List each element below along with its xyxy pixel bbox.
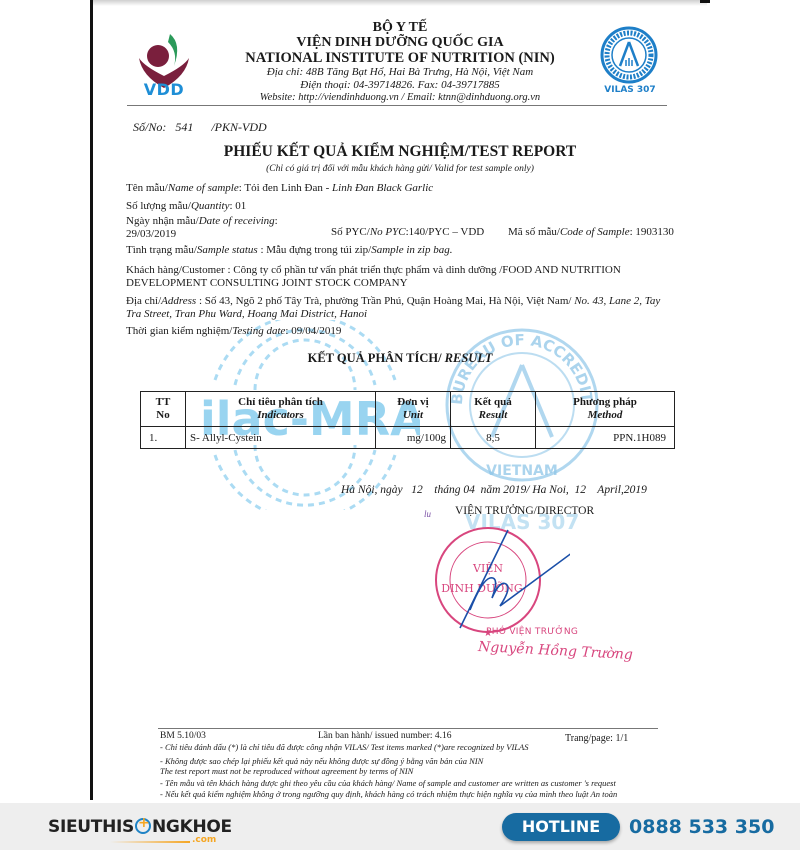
number-label: Số/No: <box>133 120 166 134</box>
vilas-logo-text: VILAS 307 <box>597 85 663 95</box>
footer-note-3: The test report must not be reproduced w… <box>160 766 413 776</box>
footer-note-1: - Chỉ tiêu đánh dấu (*) là chỉ tiêu đã đ… <box>160 742 528 752</box>
institute-phone: Điện thoại: 04-39714826. Fax: 04-3971788… <box>200 79 600 91</box>
vilas-logo <box>600 26 658 84</box>
footer-note-4: - Tên mẫu và tên khách hàng được ghi the… <box>160 778 616 788</box>
receiving-date-value: 29/03/2019 <box>126 228 176 240</box>
institute-name-en: NATIONAL INSTITUTE OF NUTRITION (NIN) <box>200 50 600 67</box>
institute-address: Địa chỉ: 48B Tăng Bạt Hổ, Hai Bà Trưng, … <box>200 66 600 78</box>
vdd-logo-text: VDD <box>133 80 195 99</box>
address-field-cont: Tra Street, Tran Phu Ward, Hoang Mai Dis… <box>126 308 367 320</box>
customer-field: Khách hàng/Customer : Công ty cổ phần tư… <box>126 264 621 276</box>
footer-divider <box>158 728 658 729</box>
col-indicators: Chỉ tiêu phân tíchIndicators <box>186 392 376 427</box>
issue-number: Lần ban hành/ issued number: 4.16 <box>318 731 452 741</box>
institute-name-vi: VIỆN DINH DƯỠNG QUỐC GIA <box>200 35 600 51</box>
cell-method: PPN.1H089 <box>536 427 675 449</box>
sample-code-field: Mã số mẫu/Code of Sample: 1903130 <box>508 226 674 238</box>
col-unit: Đơn vịUnit <box>376 392 451 427</box>
brand-underline <box>110 841 190 843</box>
cell-result: 8,5 <box>451 427 536 449</box>
footer-note-5: - Nếu kết quả kiểm nghiệm không ở trong … <box>160 789 617 799</box>
quantity-field: Số lượng mẫu/Quantity: 01 <box>126 200 246 212</box>
page-number: Trang/page: 1/1 <box>565 733 628 744</box>
report-title: PHIẾU KẾT QUẢ KIỂM NGHIỆM/TEST REPORT <box>120 143 680 161</box>
scan-edge-top <box>92 0 707 6</box>
signature-initial: lu <box>424 509 431 519</box>
header-divider <box>127 105 667 106</box>
cell-indicator: S- Allyl-Cystein <box>186 427 376 449</box>
col-method: Phương phápMethod <box>536 392 675 427</box>
svg-text:VIETNAM: VIETNAM <box>486 463 558 479</box>
pyc-field: Số PYC/No PYC:140/PYC – VDD <box>331 226 484 238</box>
col-result: Kết quảResult <box>451 392 536 427</box>
col-no: TTNo <box>141 392 186 427</box>
table-row: 1. S- Allyl-Cystein mg/100g 8,5 PPN.1H08… <box>141 427 675 449</box>
footer-note-2: - Không được sao chép lại phiếu kết quả … <box>160 756 483 766</box>
number-suffix: /PKN-VDD <box>211 120 266 134</box>
results-title: KẾT QUẢ PHÂN TÍCH/ RESULT <box>120 351 680 366</box>
number-value: 541 <box>175 120 193 134</box>
receiving-date-label: Ngày nhận mẫu/Date of receiving: <box>126 215 278 227</box>
hotline-number[interactable]: 0888 533 350 <box>629 813 774 841</box>
deputy-director-title: PHÓ VIỆN TRƯỞNG <box>486 627 578 637</box>
scan-edge-corner <box>700 0 710 3</box>
sample-name-field: Tên mẫu/Name of sample: Tỏi đen Linh Đan… <box>126 182 433 194</box>
results-table: TTNo Chỉ tiêu phân tíchIndicators Đơn vị… <box>140 391 675 449</box>
report-subtitle: (Chỉ có giá trị đối với mẫu khách hàng g… <box>120 164 680 174</box>
cell-unit: mg/100g <box>376 427 451 449</box>
plus-circle-icon <box>135 818 151 834</box>
address-field: Địa chỉ/Address : Số 43, Ngõ 2 phố Tây T… <box>126 295 660 307</box>
scan-edge-left <box>90 0 93 800</box>
document-number: Số/No: 541 /PKN-VDD <box>133 120 267 135</box>
director-title: VIỆN TRƯỞNG/DIRECTOR <box>455 505 594 517</box>
signature-date: Hà Nội, ngày 12 tháng 04 năm 2019/ Ha No… <box>341 484 647 496</box>
ministry-name: BỘ Y TẾ <box>200 20 600 36</box>
table-header-row: TTNo Chỉ tiêu phân tíchIndicators Đơn vị… <box>141 392 675 427</box>
institute-website: Website: http://viendinhduong.vn / Email… <box>200 92 600 103</box>
form-code: BM 5.10/03 <box>160 731 206 741</box>
cell-no: 1. <box>141 427 186 449</box>
hotline-button[interactable]: HOTLINE <box>502 813 620 841</box>
customer-field-cont: DEVELOPMENT CONSULTING JOINT STOCK COMPA… <box>126 277 408 289</box>
testing-date-field: Thời gian kiểm nghiệm/Testing date: 09/0… <box>126 325 341 337</box>
brand-domain: .com <box>192 835 216 845</box>
brand-logo[interactable]: SIEUTHISNGKHOE <box>48 817 232 837</box>
sample-status-field: Tình trạng mẫu/Sample status : Mẫu đựng … <box>126 244 452 256</box>
